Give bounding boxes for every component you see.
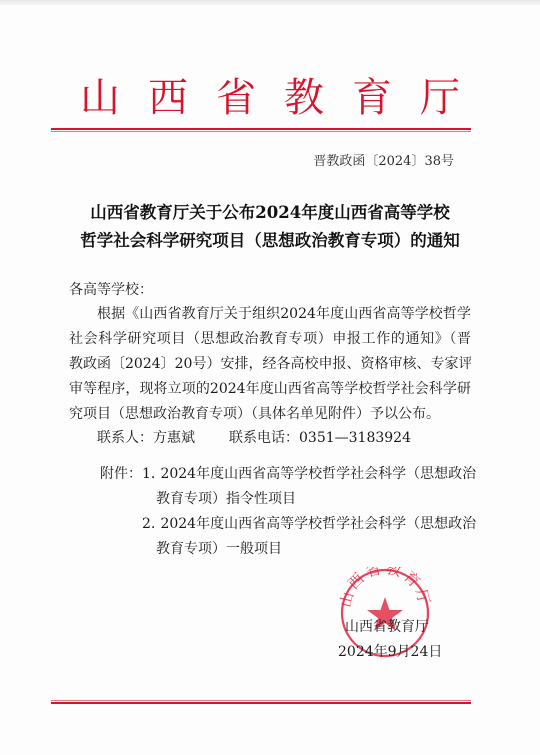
contact-phone: 联系电话：0351—3183924 [229, 428, 411, 448]
masthead-char: 教 [284, 72, 324, 124]
scan-edge-shadow [0, 0, 540, 6]
footer-red-divider [51, 700, 471, 704]
title-line-2: 哲学社会科学研究项目（思想政治教育专项）的通知 [0, 227, 540, 255]
attachment-title: 2024年度山西省高等学校哲学社会科学（思想政治 [160, 466, 476, 482]
masthead-char: 西 [148, 72, 188, 124]
masthead-char: 厅 [420, 72, 460, 124]
masthead-char: 育 [352, 72, 392, 124]
masthead-char: 山 [80, 72, 120, 124]
header-red-divider [51, 128, 471, 132]
body-paragraph: 根据《山西省教育厅关于组织2024年度山西省高等学校哲学 社会科学研究项目（思想… [69, 302, 471, 427]
attachment-number: 1. [142, 462, 156, 487]
attachment-number: 2. [142, 512, 156, 537]
contact-person: 联系人：方惠斌 [97, 428, 195, 448]
document-title: 山西省教育厅关于公布2024年度山西省高等学校 哲学社会科学研究项目（思想政治教… [0, 199, 540, 255]
issue-date: 2024年9月24日 [338, 642, 442, 662]
attachment-item-1: 附件： 1. 2024年度山西省高等学校哲学社会科学（思想政治 [100, 462, 475, 487]
attachment-title-continued: 教育专项）一般项目 [100, 537, 475, 562]
document-number: 晋教政函〔2024〕38号 [313, 153, 454, 171]
contact-info: 联系人：方惠斌 联系电话：0351—3183924 [97, 428, 411, 448]
attachment-title: 2024年度山西省高等学校哲学社会科学（思想政治 [160, 516, 476, 532]
body-line: 社会科学研究项目（思想政治教育专项）申报工作的通知》（晋 [69, 327, 471, 352]
document-page: 山 西 省 教 育 厅 晋教政函〔2024〕38号 山西省教育厅关于公布2024… [0, 0, 540, 755]
attachment-title-continued: 教育专项）指令性项目 [100, 487, 475, 512]
issuer-name: 山西省教育厅 [345, 617, 429, 637]
attachments-label: 附件： [100, 462, 142, 487]
attachments-list: 附件： 1. 2024年度山西省高等学校哲学社会科学（思想政治 教育专项）指令性… [100, 462, 475, 562]
title-line-1: 山西省教育厅关于公布2024年度山西省高等学校 [0, 199, 540, 227]
attachment-item-2: 2. 2024年度山西省高等学校哲学社会科学（思想政治 [100, 512, 475, 537]
body-line: 教政函〔2024〕20号）安排，经各高校申报、资格审核、专家评 [69, 352, 471, 377]
masthead-title: 山 西 省 教 育 厅 [80, 72, 460, 124]
body-line: 根据《山西省教育厅关于组织2024年度山西省高等学校哲学 [69, 302, 471, 327]
salutation: 各高等学校： [69, 279, 153, 301]
body-line: 审等程序，现将立项的2024年度山西省高等学校哲学社会科学研 [69, 377, 471, 402]
body-line: 究项目（思想政治教育专项）（具体名单见附件）予以公布。 [69, 402, 471, 427]
masthead-char: 省 [216, 72, 256, 124]
